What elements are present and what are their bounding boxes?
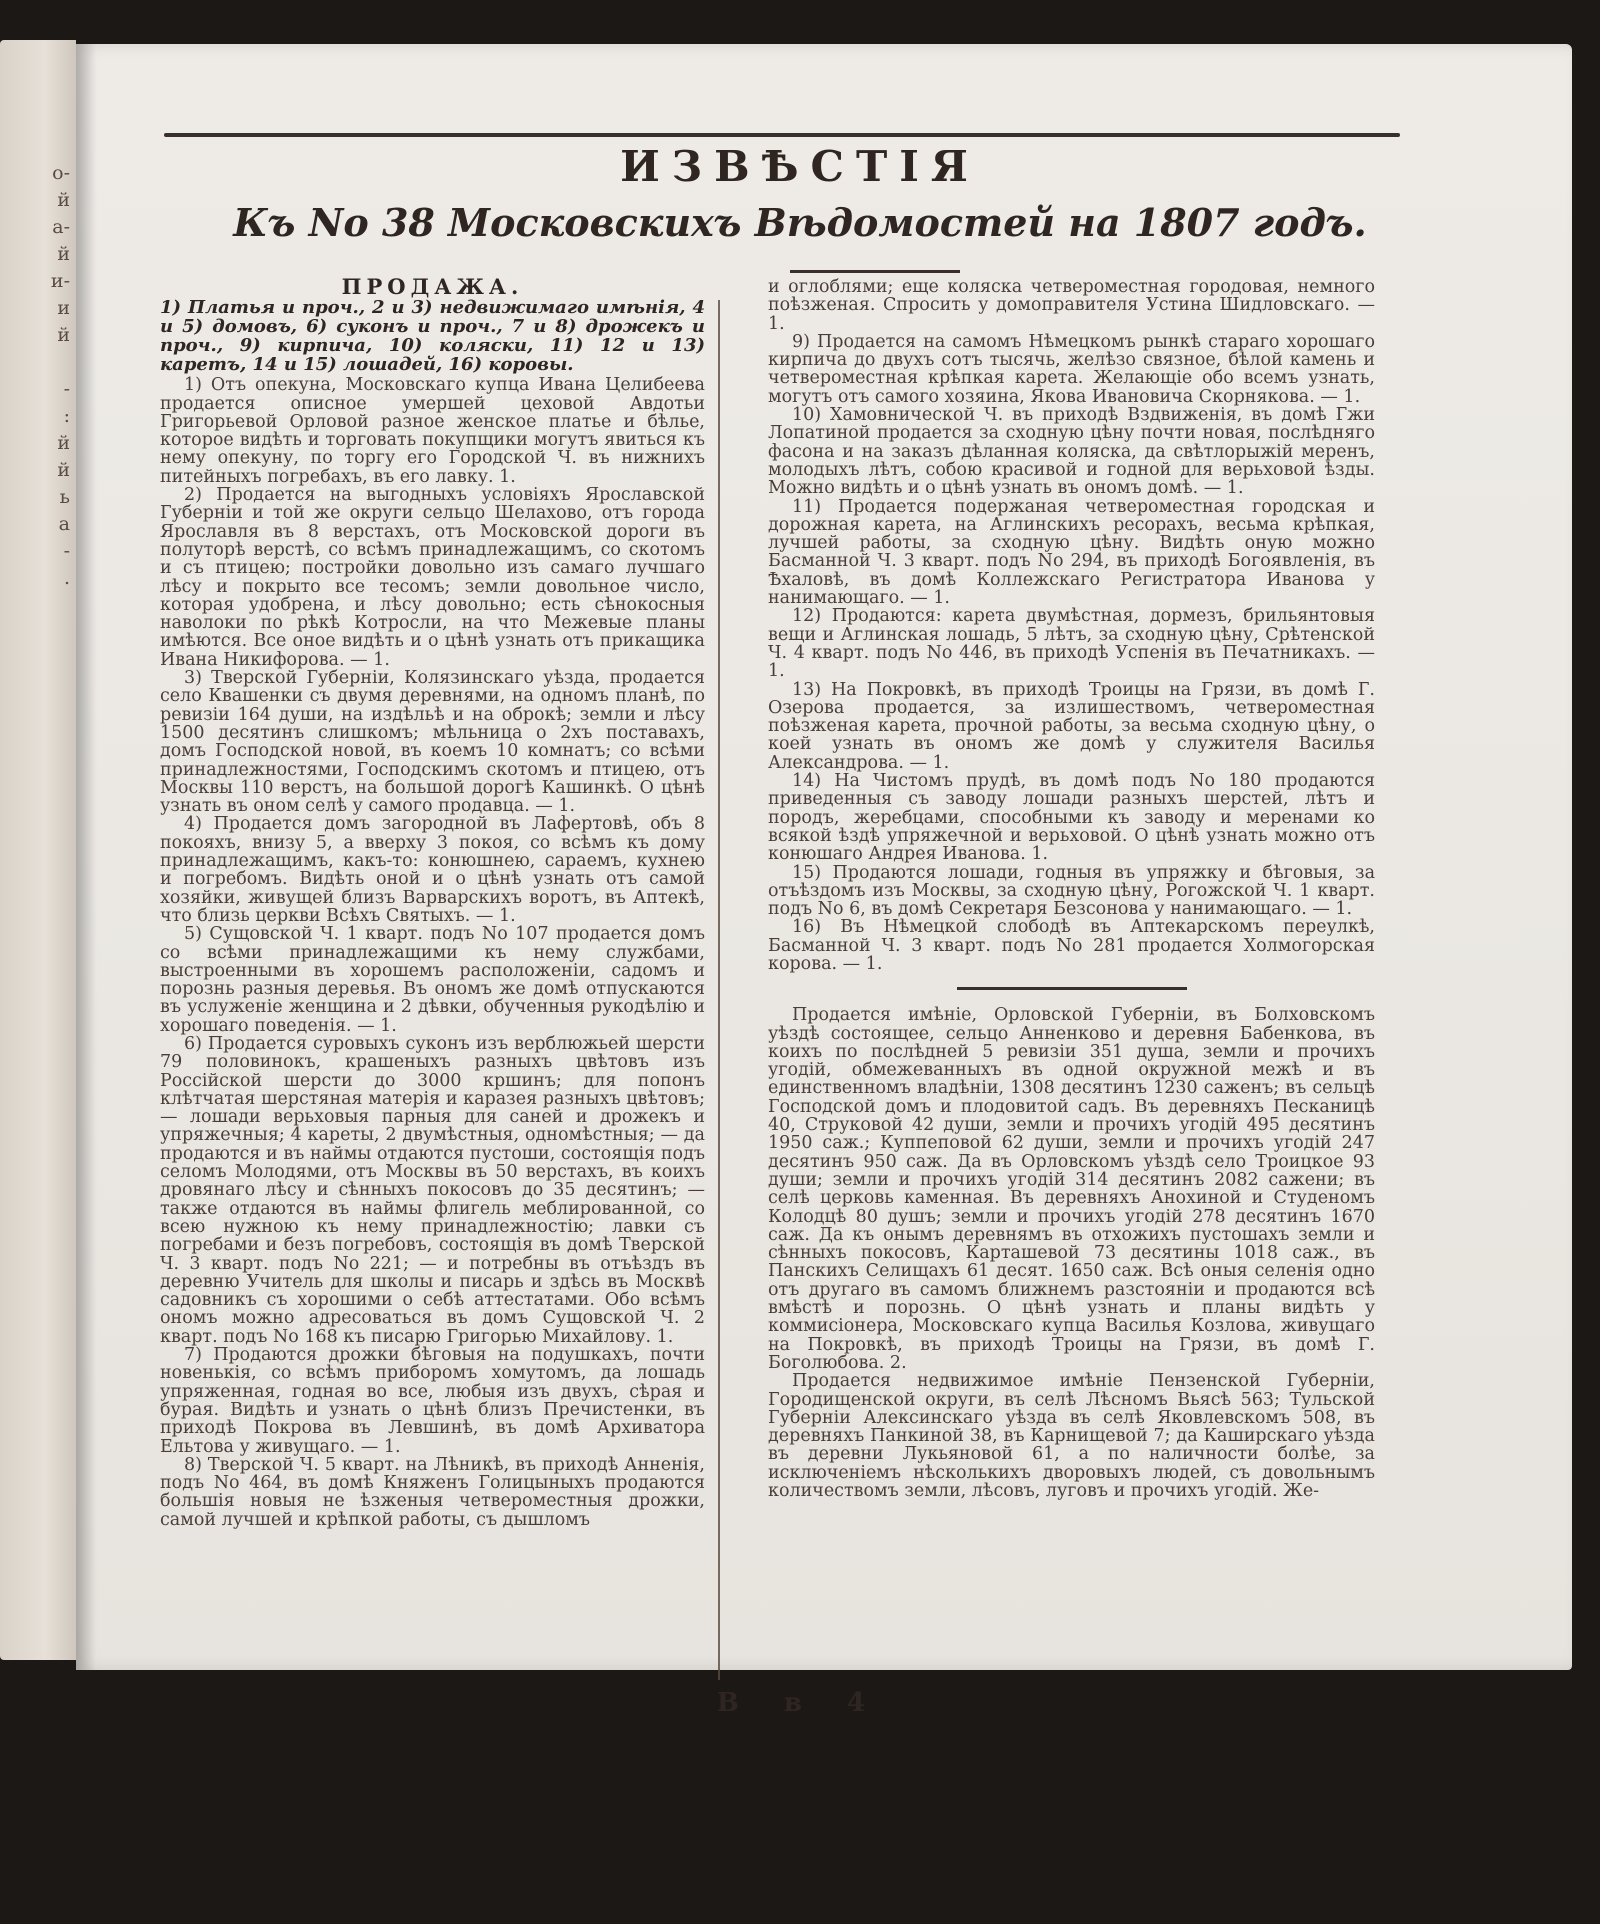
listing-paragraph: 15) Продаются лошади, годныя въ упряжку … <box>768 864 1375 919</box>
margin-fragment: и <box>44 295 70 322</box>
listing-paragraph: 16) Въ Нѣмецкой слободѣ въ Аптекарскомъ … <box>768 918 1375 973</box>
margin-fragment: . <box>44 565 70 592</box>
estate-listings: Продается имѣніе, Орловской Губерніи, въ… <box>768 1006 1375 1500</box>
margin-fragment: й <box>44 457 70 484</box>
margin-fragment: - <box>44 376 70 403</box>
listing-paragraph: 11) Продается подержаная четвероместная … <box>768 498 1375 608</box>
section-heading-sale: ПРОДАЖА. <box>160 278 705 296</box>
listing-paragraph: и оглоблями; еще коляска четвероместная … <box>768 278 1375 333</box>
listing-paragraph: 3) Тверской Губерніи, Колязинскаго уѣзда… <box>160 669 705 815</box>
estate-paragraph: Продается имѣніе, Орловской Губерніи, въ… <box>768 1006 1375 1372</box>
facing-page-edge: о-йа-йи-ий-:ййьа-. <box>0 40 76 1660</box>
listing-paragraph: 12) Продаются: карета двумѣстная, дормез… <box>768 607 1375 680</box>
margin-fragment: й <box>44 322 70 349</box>
listing-paragraph: 5) Сущовской Ч. 1 кварт. подъ No 107 про… <box>160 925 705 1035</box>
listing-paragraph: 13) На Покровкѣ, въ приходѣ Троицы на Гр… <box>768 681 1375 772</box>
listing-paragraph: 14) На Чистомъ прудѣ, въ домѣ подъ No 18… <box>768 772 1375 863</box>
margin-fragment: а <box>44 511 70 538</box>
column-divider <box>718 300 720 1680</box>
page-subtitle: Къ No 38 Московскихъ Вѣдомостей на 1807 … <box>0 200 1600 245</box>
left-column-listings: 1) Отъ опекуна, Московскаго купца Ивана … <box>160 376 705 1529</box>
listing-paragraph: 8) Тверской Ч. 5 кварт. на Лѣникѣ, въ пр… <box>160 1456 705 1529</box>
right-column-listings: и оглоблями; еще коляска четвероместная … <box>768 278 1375 973</box>
sale-index: 1) Платья и проч., 2 и 3) недвижимаго им… <box>160 298 705 374</box>
margin-fragment: - <box>44 538 70 565</box>
gutter-shadow <box>76 44 96 1670</box>
section-rule <box>957 987 1187 990</box>
left-column: ПРОДАЖА. 1) Платья и проч., 2 и 3) недви… <box>160 278 705 1529</box>
subtitle-rule <box>790 270 960 273</box>
estate-paragraph: Продается недвижимое имѣніе Пензенской Г… <box>768 1372 1375 1500</box>
listing-paragraph: 7) Продаются дрожки бѣговыя на подушкахъ… <box>160 1346 705 1456</box>
listing-paragraph: 10) Хамовнической Ч. въ приходѣ Вздвижен… <box>768 406 1375 497</box>
listing-paragraph: 6) Продается суровыхъ суконъ изъ верблюж… <box>160 1035 705 1346</box>
margin-fragment: и- <box>44 268 70 295</box>
listing-paragraph: 9) Продается на самомъ Нѣмецкомъ рынкѣ с… <box>768 333 1375 406</box>
listing-paragraph: 2) Продается на выгодныхъ условіяхъ Ярос… <box>160 486 705 669</box>
listing-paragraph: 4) Продается домъ загородной въ Лафертов… <box>160 815 705 925</box>
page-title: ИЗВѢСТІЯ <box>0 142 1600 191</box>
right-column: и оглоблями; еще коляска четвероместная … <box>768 278 1375 1500</box>
header-rule <box>164 133 1400 137</box>
margin-fragment: й <box>44 241 70 268</box>
margin-fragment: ь <box>44 484 70 511</box>
margin-fragment <box>44 349 70 376</box>
margin-fragment: : <box>44 403 70 430</box>
listing-paragraph: 1) Отъ опекуна, Московскаго купца Ивана … <box>160 376 705 486</box>
margin-fragment: й <box>44 430 70 457</box>
signature-mark: В в 4 <box>0 1688 1600 1718</box>
